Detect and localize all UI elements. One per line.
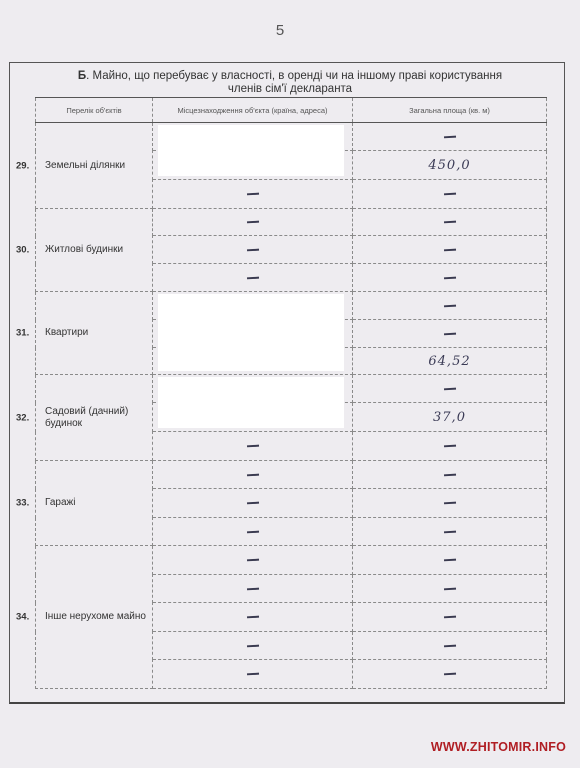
address-cell bbox=[153, 632, 353, 660]
category-label: Житлові будинки bbox=[36, 244, 152, 256]
area-cell bbox=[353, 209, 547, 236]
section-letter: Б bbox=[78, 70, 86, 82]
section-title: Б. Майно, що перебуває у власності, в ор… bbox=[30, 70, 550, 96]
area-cell bbox=[353, 461, 547, 489]
header-location: Місцезнаходження об'єкта (країна, адреса… bbox=[153, 98, 353, 123]
dash-mark bbox=[443, 135, 455, 137]
dash-mark bbox=[443, 530, 455, 532]
table-row: 33.Гаражі bbox=[36, 461, 547, 489]
dash-mark bbox=[246, 559, 258, 561]
dash-mark bbox=[443, 445, 455, 447]
dash-mark bbox=[443, 559, 455, 561]
dash-mark bbox=[443, 304, 455, 306]
area-cell: 450,0 bbox=[353, 151, 547, 180]
dash-mark bbox=[246, 502, 258, 504]
dash-mark bbox=[246, 221, 258, 223]
dash-mark bbox=[443, 387, 455, 389]
redaction-box bbox=[158, 377, 344, 428]
area-cell bbox=[353, 236, 547, 264]
dash-mark bbox=[246, 530, 258, 532]
dash-mark bbox=[443, 616, 455, 618]
dash-mark bbox=[246, 248, 258, 250]
category-cell: 32.Садовий (дачний) будинок bbox=[36, 375, 153, 461]
category-label: Садовий (дачний) будинок bbox=[36, 406, 152, 430]
table-header-row: Перелік об'єктів Місцезнаходження об'єкт… bbox=[36, 98, 547, 123]
dash-mark bbox=[443, 473, 455, 475]
row-number: 30. bbox=[16, 245, 29, 256]
area-cell bbox=[353, 123, 547, 151]
area-cell bbox=[353, 603, 547, 632]
address-cell bbox=[153, 489, 353, 518]
address-cell bbox=[153, 432, 353, 461]
table-row: 34.Інше нерухоме майно bbox=[36, 546, 547, 575]
area-cell: 37,0 bbox=[353, 403, 547, 432]
row-number: 33. bbox=[16, 498, 29, 509]
address-cell bbox=[153, 264, 353, 292]
category-label: Земельні ділянки bbox=[36, 160, 152, 172]
section-title-text: . Майно, що перебуває у власності, в оре… bbox=[86, 70, 502, 82]
dash-mark bbox=[246, 673, 258, 675]
dash-mark bbox=[246, 276, 258, 278]
area-cell bbox=[353, 375, 547, 403]
dash-mark bbox=[246, 587, 258, 589]
watermark: WWW.ZHITOMIR.INFO bbox=[431, 740, 566, 754]
category-cell: 34.Інше нерухоме майно bbox=[36, 546, 153, 689]
dash-mark bbox=[443, 502, 455, 504]
address-cell bbox=[153, 236, 353, 264]
area-cell bbox=[353, 518, 547, 546]
address-cell bbox=[153, 209, 353, 236]
area-cell bbox=[353, 632, 547, 660]
address-cell bbox=[153, 660, 353, 689]
category-label: Квартири bbox=[36, 327, 152, 339]
address-cell bbox=[153, 180, 353, 209]
page-number: 5 bbox=[0, 22, 560, 39]
dash-mark bbox=[443, 276, 455, 278]
area-cell bbox=[353, 432, 547, 461]
area-cell bbox=[353, 292, 547, 320]
area-cell bbox=[353, 320, 547, 348]
category-cell: 31.Квартири bbox=[36, 292, 153, 375]
dash-mark bbox=[443, 587, 455, 589]
area-cell bbox=[353, 660, 547, 689]
dash-mark bbox=[246, 193, 258, 195]
row-number: 29. bbox=[16, 160, 29, 171]
dash-mark bbox=[443, 332, 455, 334]
handwritten-value: 450,0 bbox=[428, 158, 470, 173]
category-label: Гаражі bbox=[36, 497, 152, 509]
row-number: 32. bbox=[16, 412, 29, 423]
dash-mark bbox=[246, 445, 258, 447]
dash-mark bbox=[246, 644, 258, 646]
dash-mark bbox=[443, 673, 455, 675]
header-area: Загальна площа (кв. м) bbox=[353, 98, 547, 123]
area-cell bbox=[353, 489, 547, 518]
category-cell: 30.Житлові будинки bbox=[36, 209, 153, 292]
area-cell bbox=[353, 180, 547, 209]
handwritten-value: 64,52 bbox=[428, 354, 470, 369]
handwritten-value: 37,0 bbox=[433, 410, 466, 425]
address-cell bbox=[153, 518, 353, 546]
dash-mark bbox=[443, 193, 455, 195]
address-cell bbox=[153, 461, 353, 489]
address-cell bbox=[153, 603, 353, 632]
category-cell: 29.Земельні ділянки bbox=[36, 123, 153, 209]
dash-mark bbox=[443, 248, 455, 250]
dash-mark bbox=[443, 221, 455, 223]
row-number: 31. bbox=[16, 328, 29, 339]
area-cell: 64,52 bbox=[353, 348, 547, 375]
section-title-line2: членів сім'ї декларанта bbox=[228, 83, 352, 95]
redaction-box bbox=[158, 294, 344, 371]
row-number: 34. bbox=[16, 612, 29, 623]
dash-mark bbox=[246, 616, 258, 618]
dash-mark bbox=[443, 644, 455, 646]
redaction-box bbox=[158, 125, 344, 176]
category-cell: 33.Гаражі bbox=[36, 461, 153, 546]
table-row: 30.Житлові будинки bbox=[36, 209, 547, 236]
area-cell bbox=[353, 546, 547, 575]
address-cell bbox=[153, 546, 353, 575]
area-cell bbox=[353, 575, 547, 603]
dash-mark bbox=[246, 473, 258, 475]
header-objects: Перелік об'єктів bbox=[36, 98, 153, 123]
address-cell bbox=[153, 575, 353, 603]
category-label: Інше нерухоме майно bbox=[36, 611, 152, 623]
area-cell bbox=[353, 264, 547, 292]
